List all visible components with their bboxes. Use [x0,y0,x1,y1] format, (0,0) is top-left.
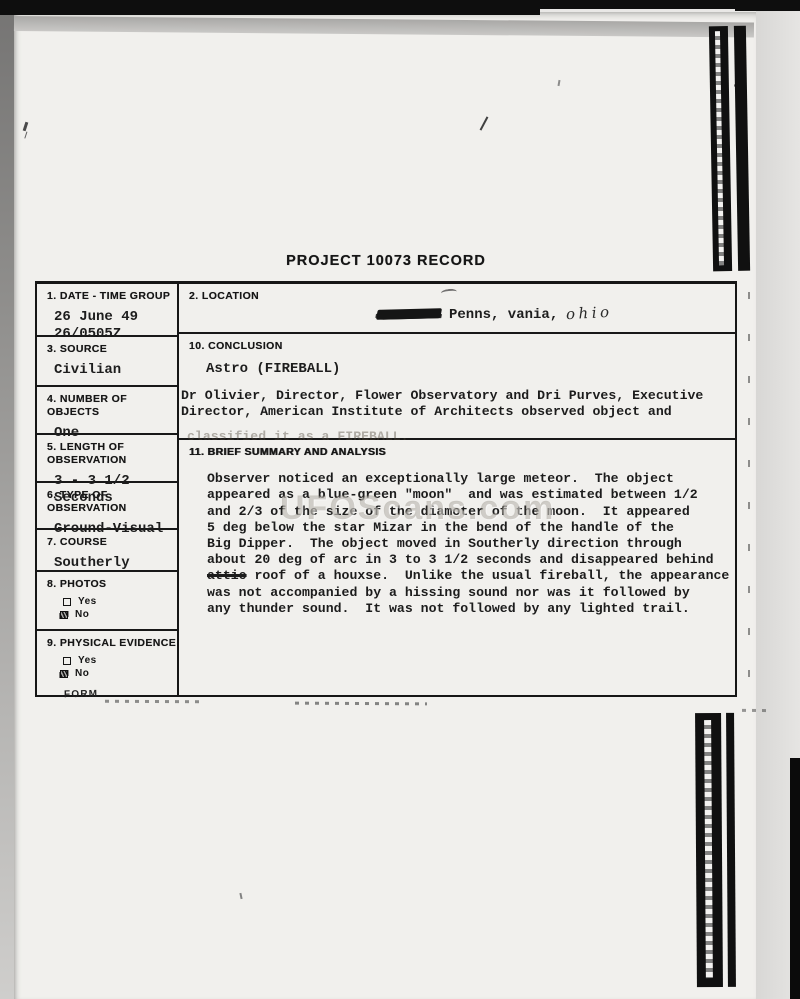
checkbox-label: No [75,609,89,620]
checkbox-label: Yes [78,655,97,666]
stray-mark [557,80,560,86]
field-label: 7. COURSE [37,530,177,549]
field-label: 1. DATE - TIME GROUP [37,284,177,303]
field-course: 7. COURSE Southerly [37,530,177,572]
field-brief-summary: 11. BRIEF SUMMARY AND ANALYSIS Observer … [179,440,735,695]
field-label: 5. LENGTH OF OBSERVATION [37,435,177,467]
page-fold-dashes [748,292,750,680]
field-value: Southerly [54,555,177,572]
field-location: 2. LOCATION Penns, vania, ohio [179,284,735,334]
field-label: 2. LOCATION [179,284,735,303]
checkbox-label: No [75,668,89,679]
field-length-of-observation: 5. LENGTH OF OBSERVATION 3 - 3 1/2 Secon… [37,435,177,483]
conclusion-value: Astro (FIREBALL) [206,361,735,378]
physical-evidence-no-option: No [60,668,177,679]
field-date-time-group: 1. DATE - TIME GROUP 26 June 49 26/0505Z [37,284,177,337]
photos-no-option: No [60,609,177,620]
summary-text-part2: roof of a houxse. Unlike the usual fireb… [207,568,729,615]
field-photos: 8. PHOTOS Yes No [37,572,177,631]
stray-mark [480,116,489,130]
document-page: PROJECT 10073 RECORD 1. DATE - TIME GROU… [14,12,756,999]
field-number-of-objects: 4. NUMBER OF OBJECTS One [37,387,177,435]
field-source: 3. SOURCE Civilian [37,337,177,387]
photos-yes-option: Yes [63,596,177,607]
checkbox-icon [60,611,68,619]
faded-footer-marks [105,700,205,704]
scan-edge-left [0,0,15,999]
left-column: 1. DATE - TIME GROUP 26 June 49 26/0505Z… [37,284,179,695]
scan-top-bar [735,0,800,11]
faded-footer-marks [295,702,427,706]
scan-right-bar [790,758,800,999]
redaction-scribble [376,308,442,320]
field-label: 8. PHOTOS [37,572,177,591]
checkbox-icon [63,598,71,606]
scanned-document: PROJECT 10073 RECORD 1. DATE - TIME GROU… [0,0,800,999]
film-strip-artifact-top [709,26,751,272]
conclusion-faded-line: classified it as a FIREBALL. [187,429,409,445]
page-title: PROJECT 10073 RECORD [35,253,737,269]
checkbox-icon [63,657,71,665]
film-strip-artifact-bottom [695,713,739,987]
summary-struck-word: attic [207,568,247,583]
form-footer-label: FORM [64,689,98,701]
stray-mark [23,122,29,131]
field-label: 4. NUMBER OF OBJECTS [37,387,177,419]
field-conclusion: 10. CONCLUSION Astro (FIREBALL) Dr Olivi… [179,334,735,440]
field-label: 10. CONCLUSION [179,334,735,353]
location-handwritten-text: ohio [566,303,613,323]
field-label: 9. PHYSICAL EVIDENCE [37,631,177,650]
page-top-shadow [14,16,754,37]
field-label: 6. TYPE OF OBSERVATION [37,483,177,515]
field-type-of-observation: 6. TYPE OF OBSERVATION Ground-Visual [37,483,177,530]
scan-top-bar [0,0,540,15]
checkbox-label: Yes [78,596,97,607]
field-value: Civilian [54,362,177,379]
field-label: 3. SOURCE [37,337,177,356]
field-physical-evidence: 9. PHYSICAL EVIDENCE Yes No [37,631,177,695]
location-typed-text: Penns, vania, [449,307,558,324]
faded-footer-marks [742,709,768,712]
stray-mark [239,893,242,899]
checkbox-icon [60,670,68,678]
watermark-text: UFOScans.com [280,489,555,528]
conclusion-note: Dr Olivier, Director, Flower Observatory… [181,388,726,420]
location-value: Penns, vania, ohio [377,304,613,324]
physical-evidence-yes-option: Yes [63,655,177,666]
